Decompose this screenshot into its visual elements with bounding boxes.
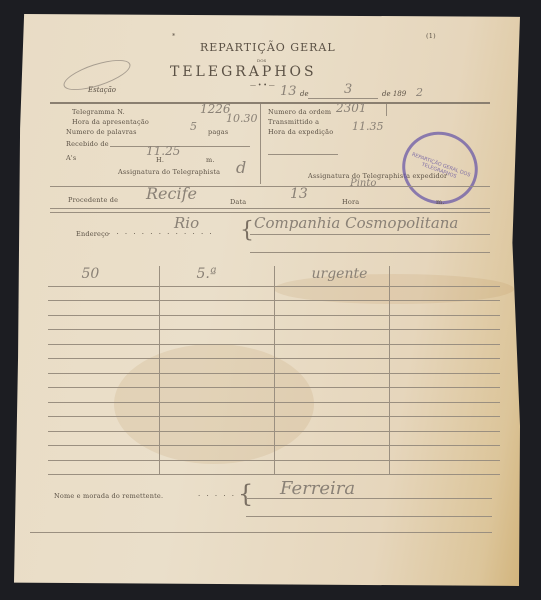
grid-column-divider [159, 266, 160, 474]
hora-label: Hora [342, 198, 359, 206]
as-value: 11.25 [146, 144, 180, 158]
message-word: 5.ª [197, 266, 217, 282]
endereco-addressee: Companhia Cosmopolitana [254, 214, 458, 232]
data-label: Data [230, 198, 246, 206]
endereco-label: Endereço [76, 230, 109, 238]
title-line1: REPARTIÇÃO GERAL [200, 41, 336, 54]
grid-rule [48, 286, 500, 287]
numero-ordem-value: 2301 [336, 101, 367, 115]
recebido-label: Recebido de [66, 140, 109, 148]
estacao-label: Estação [88, 86, 116, 94]
date-de2: de 189 [382, 90, 406, 98]
grid-rule [48, 358, 500, 359]
numero-palavras-value: 5 [190, 120, 197, 133]
m-label: m. [206, 156, 215, 164]
title-small: DOS [257, 58, 266, 63]
hora-apresentacao-label: Hora da apresentação [72, 118, 149, 126]
date-day: 13 [280, 84, 297, 99]
title-line2: TELEGRAPHOS [170, 64, 317, 80]
telegram-form: (1) * REPARTIÇÃO GERAL DOS TELEGRAPHOS —… [14, 14, 520, 586]
pagas-label: pagas [208, 128, 228, 136]
procedente-label: Procedente de [68, 196, 118, 204]
grid-rule [48, 315, 500, 316]
hora-expedicao-value: 11.35 [352, 120, 384, 133]
corner-mark: (1) [426, 32, 436, 40]
ornament: — • • — [250, 82, 275, 89]
transmittido-label: Transmittido a [268, 118, 319, 126]
grid-rule [48, 431, 500, 432]
remetente-brace: { [238, 480, 253, 508]
hora-apresentacao-value: 10.30 [226, 112, 258, 125]
message-word: 50 [82, 266, 100, 282]
grid-rule [48, 416, 500, 417]
data-value: 13 [290, 186, 308, 202]
grid-rule [48, 300, 500, 301]
grid-rule [48, 474, 500, 475]
grid-column-divider [389, 266, 390, 474]
hora-expedicao-label: Hora da expedição [268, 128, 333, 136]
date-month: 3 [344, 82, 352, 97]
grid-rule [48, 402, 500, 403]
message-word: urgente [312, 266, 368, 282]
remetente-value: Ferreira [280, 478, 355, 499]
message-grid: 505.ªurgente [44, 260, 504, 474]
header-asterisk: * [172, 32, 175, 40]
grid-rule [48, 329, 500, 330]
procedente-m-label: m. [436, 198, 445, 206]
date-year: 2 [416, 86, 423, 99]
endereco-brace: { [240, 218, 254, 243]
grid-rule [48, 387, 500, 388]
remetente-dots: . . . . . [198, 490, 236, 498]
grid-rule [48, 344, 500, 345]
date-de1: de [300, 90, 309, 98]
grid-rule [48, 373, 500, 374]
as-label: A's [66, 154, 76, 162]
grid-rule [48, 445, 500, 446]
remetente-label: Nome e morada do remettente. [54, 492, 163, 500]
numero-palavras-label: Numero de palavras [66, 128, 137, 136]
telegramma-label: Telegramma N. [72, 108, 125, 116]
endereco-city: Rio [174, 214, 199, 232]
left-assinatura-label: Assignatura do Telegraphista [118, 168, 220, 176]
grid-column-divider [274, 266, 275, 474]
procedente-value: Recife [146, 184, 197, 203]
numero-ordem-label: Numero da ordem [268, 108, 331, 116]
right-assinatura-value: Pinto [350, 178, 376, 189]
left-assinatura-value: d [236, 158, 246, 177]
grid-rule [48, 460, 500, 461]
